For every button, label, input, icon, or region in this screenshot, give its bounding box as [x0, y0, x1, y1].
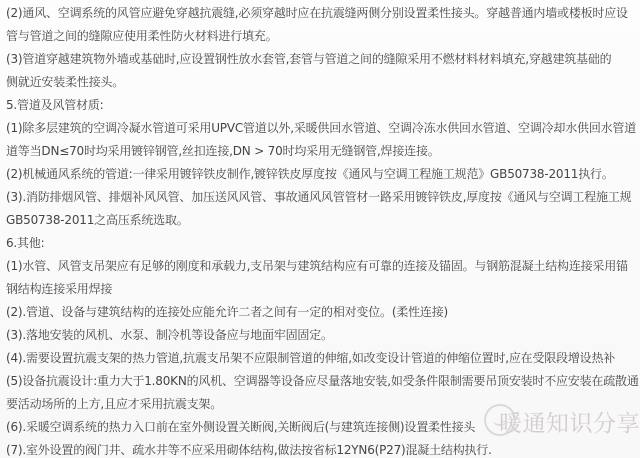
document-text: (2)通风、空调系统的风管应避免穿越抗震缝,必须穿越时应在抗震缝两侧分别设置柔性…	[6, 2, 640, 458]
doc-line: 道等当DN≤70时均采用镀锌钢管,丝扣连接,DN > 70时均采用无缝钢管,焊接…	[6, 140, 640, 163]
doc-line: 钢结构连接采用焊接	[6, 278, 640, 301]
doc-line: (6).采暖空调系统的热力入口前在室外侧设置关断阀,关断阀后(与建筑连接侧)设置…	[6, 416, 640, 439]
doc-line: (1)除多层建筑的空调冷凝水管道可采用UPVC管道以外,采暖供回水管道、空调冷冻…	[6, 117, 640, 140]
article-page: (2)通风、空调系统的风管应避免穿越抗震缝,必须穿越时应在抗震缝两侧分别设置柔性…	[0, 0, 640, 458]
section-heading-others: 6.其他:	[6, 232, 640, 255]
doc-line: (1)水管、风管支吊架应有足够的刚度和承载力,支吊架与建筑结构应有可靠的连接及锚…	[6, 255, 640, 278]
section-heading-pipe-materials: 5.管道及风管材质:	[6, 94, 640, 117]
doc-line: (3).消防排烟风管、排烟补风风管、加压送风风管、事故通风风管管材一路采用镀锌铁…	[6, 186, 640, 209]
doc-line: 管与管道之间的缝隙应使用柔性防火材料进行填充。	[6, 25, 640, 48]
doc-line: (2).管道、设备与建筑结构的连接处应能允许二者之间有一定的相对变位。(柔性连接…	[6, 301, 640, 324]
doc-line: 侧就近安装柔性接头。	[6, 71, 640, 94]
doc-line: (3).落地安装的风机、水泵、制冷机等设备应与地面牢固固定。	[6, 324, 640, 347]
doc-line: (4).需要设置抗震支架的热力管道,抗震支吊架不应限制管道的伸缩,如改变设计管道…	[6, 347, 640, 370]
doc-line: (2)通风、空调系统的风管应避免穿越抗震缝,必须穿越时应在抗震缝两侧分别设置柔性…	[6, 2, 640, 25]
doc-line: (5)设备抗震设计:重力大于1.80KN的风机、空调器等设备应尽量落地安装,如受…	[6, 370, 640, 393]
doc-line: (2)机械通风系统的管道:一律采用镀锌铁皮制作,镀锌铁皮厚度按《通风与空调工程施…	[6, 163, 640, 186]
doc-line: GB50738-2011之高压系统选取。	[6, 209, 640, 232]
doc-line: 要活动场所的上方,且应才采用抗震支架。	[6, 393, 640, 416]
doc-line: (7).室外设置的阀门井、疏水井等不应采用砌体结构,做法按省标12YN6(P27…	[6, 439, 640, 458]
doc-line: (3)管道穿越建筑物外墙或基础时,应设置钢性放水套管,套管与管道之间的缝隙采用不…	[6, 48, 640, 71]
